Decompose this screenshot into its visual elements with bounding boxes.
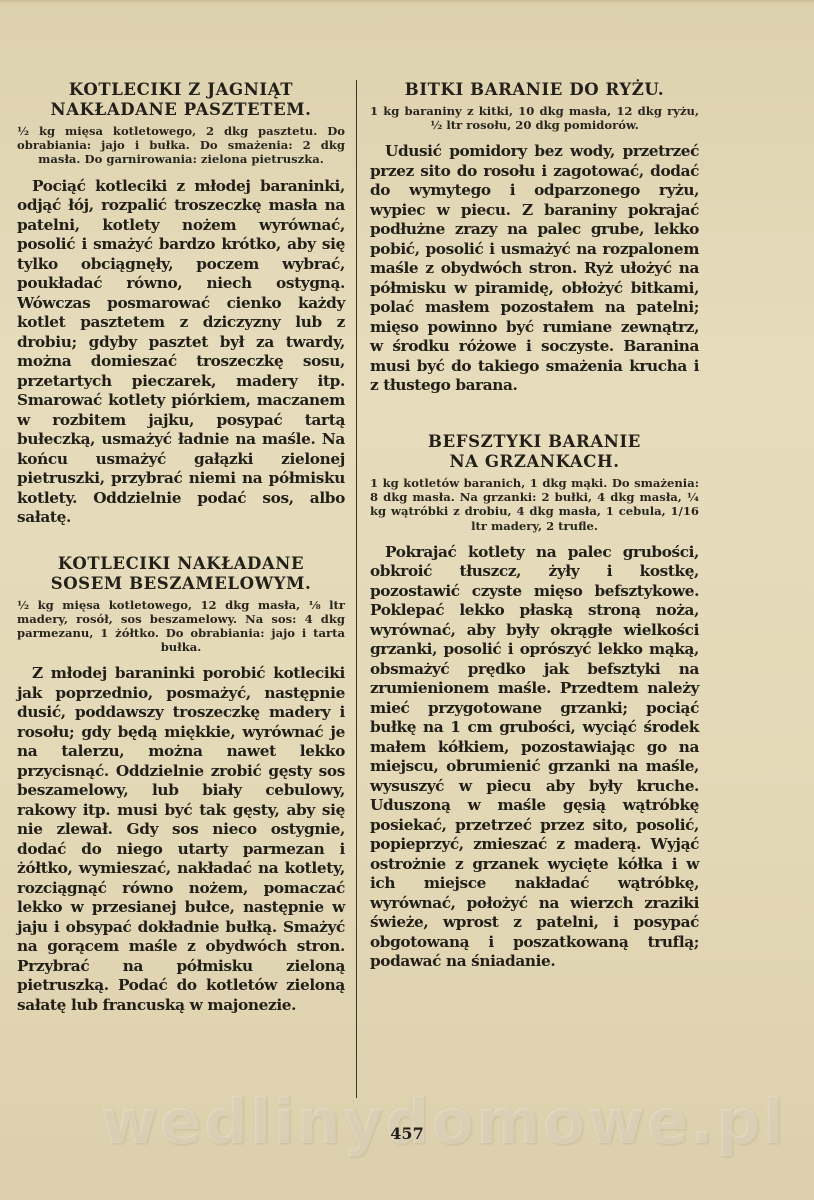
- recipe-title-line-1: BEFSZTYKI BARANIE: [428, 432, 641, 451]
- recipe-instructions: Udusić pomidory bez wody, prze­trzeć prz…: [370, 142, 699, 396]
- recipe-kotleciki-nakladane-sosem: KOTLECIKI NAKŁADANE SOSEM BESZAMELOWYM. …: [17, 554, 345, 1016]
- recipe-title-line-2: SOSEM BESZAMELOWYM.: [51, 574, 312, 593]
- recipe-befsztyki-baranie: BEFSZTYKI BARANIE NA GRZANKACH. 1 kg kot…: [370, 432, 699, 972]
- page-edge: [0, 0, 814, 4]
- recipe-ingredients: 1 kg kotletów baranich, 1 dkg mąki. Do s…: [370, 476, 699, 533]
- right-column: BITKI BARANIE DO RYŻU. 1 kg baraniny z k…: [370, 80, 699, 990]
- recipe-ingredients: 1 kg baraniny z kitki, 10 dkg masła, 12 …: [370, 104, 699, 132]
- recipe-instructions: Pokrajać kotlety na palec gru­bości, obk…: [370, 543, 699, 972]
- recipe-kotleciki-z-jagniat: KOTLECIKI Z JAGNIĄT NAKŁADANE PASZTETEM.…: [17, 80, 345, 528]
- recipe-instructions: Pociąć kotleciki z młodej baraninki, odj…: [17, 177, 345, 528]
- recipe-title-line-1: KOTLECIKI Z JAGNIĄT: [69, 80, 293, 99]
- recipe-title-line-1: KOTLECIKI NAKŁADANE: [58, 554, 304, 573]
- left-column: KOTLECIKI Z JAGNIĄT NAKŁADANE PASZTETEM.…: [17, 80, 345, 1033]
- recipe-title: KOTLECIKI NAKŁADANE SOSEM BESZAMELOWYM.: [17, 554, 345, 594]
- watermark: wedlinydomowe.pl: [100, 1085, 785, 1158]
- recipe-title: BEFSZTYKI BARANIE NA GRZANKACH.: [370, 432, 699, 472]
- recipe-title-line-2: NAKŁADANE PASZTETEM.: [51, 100, 312, 119]
- recipe-title: BITKI BARANIE DO RYŻU.: [370, 80, 699, 100]
- recipe-title-line-1: BITKI BARANIE DO RYŻU.: [405, 80, 664, 99]
- recipe-ingredients: ½ kg mięsa kotletowego, 2 dkg pasztetu. …: [17, 124, 345, 167]
- recipe-bitki-baranie: BITKI BARANIE DO RYŻU. 1 kg baraniny z k…: [370, 80, 699, 396]
- page-number: 457: [0, 1124, 814, 1143]
- column-divider: [356, 80, 357, 1098]
- recipe-instructions: Z młodej baraninki porobić kotle­ciki ja…: [17, 664, 345, 1015]
- recipe-ingredients: ½ kg mięsa kotletowego, 12 dkg masła, ⅛ …: [17, 598, 345, 655]
- recipe-title-line-2: NA GRZANKACH.: [449, 452, 619, 471]
- recipe-title: KOTLECIKI Z JAGNIĄT NAKŁADANE PASZTETEM.: [17, 80, 345, 120]
